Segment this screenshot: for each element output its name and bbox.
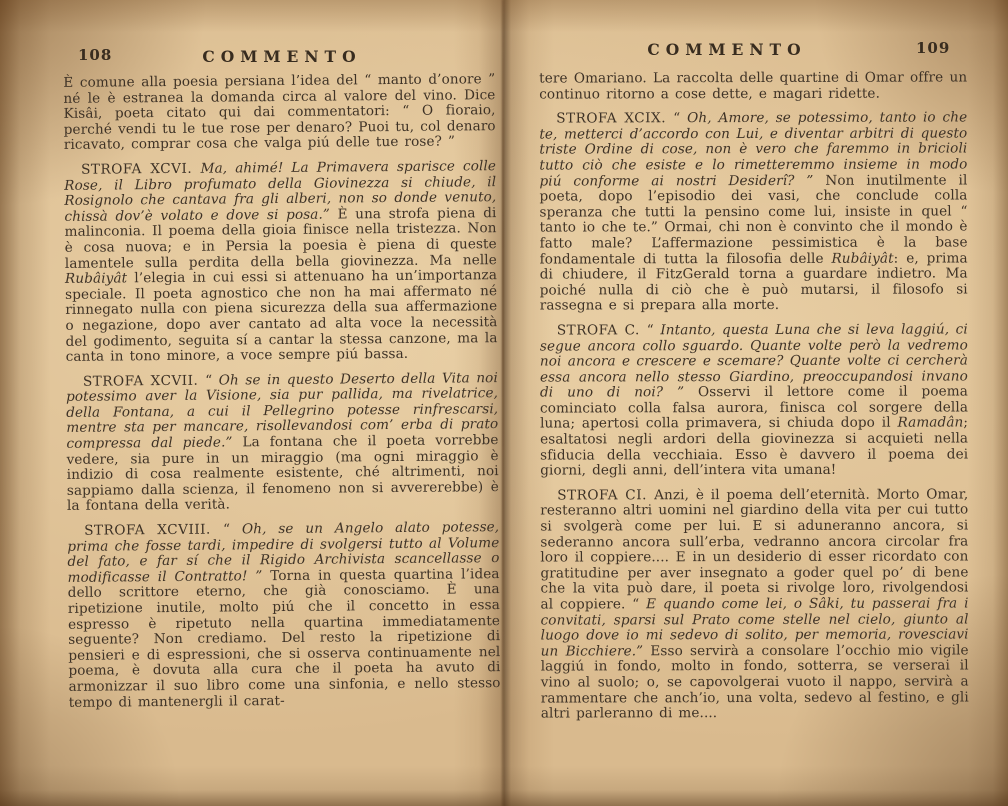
book-gutter-crease: [502, 0, 504, 806]
paragraph: STROFA CI. Anzi, è il poema dell’eternit…: [540, 487, 969, 722]
text-column-right: tere Omariano. La raccolta delle quartin…: [539, 70, 969, 722]
strofa-label: STROFA C.: [557, 322, 647, 338]
strofa-label: STROFA XCIX.: [556, 110, 673, 126]
text-run: Rubâiyât: [831, 250, 893, 266]
paragraph: È comune alla poesia persiana l’idea del…: [63, 72, 496, 154]
strofa-label: STROFA XCVIII.: [84, 522, 223, 539]
text-run: “: [647, 322, 661, 338]
paragraph: STROFA C. “ Intanto, questa Luna che si …: [540, 322, 968, 479]
text-run: Anzi, è il poema dell’eternità. Morto Om…: [540, 486, 968, 612]
book-scan: 108 COMMENTO È comune alla poesia persia…: [0, 0, 1008, 806]
text-run: “: [223, 521, 242, 537]
text-run: “: [205, 372, 219, 388]
paragraph: tere Omariano. La raccolta delle quartin…: [539, 70, 967, 102]
text-run: Rubâiyât: [65, 270, 127, 287]
text-run: È comune alla poesia persiana l’idea del…: [63, 71, 496, 153]
running-header-right: COMMENTO: [512, 40, 942, 59]
text-column-left: È comune alla poesia persiana l’idea del…: [63, 72, 501, 711]
page-number-right: 109: [916, 39, 950, 57]
paragraph: STROFA XCVIII. “ Oh, se un Angelo alato …: [67, 520, 501, 711]
strofa-label: STROFA XCVII.: [83, 372, 205, 389]
text-run: “: [673, 110, 687, 126]
paragraph: STROFA XCIX. “ Oh, Amore, se potessimo, …: [539, 111, 968, 315]
strofa-label: STROFA CI.: [557, 487, 654, 503]
paragraph: STROFA XCVI. Ma, ahimé! La Primavera spa…: [64, 159, 498, 365]
text-run: Torna in questa quartina l’idea dello sc…: [68, 566, 501, 711]
text-run: l’elegia in cui essi si attenuano ha un’…: [65, 267, 498, 365]
strofa-label: STROFA XCVI.: [81, 161, 201, 178]
text-run: tere Omariano. La raccolta delle quartin…: [539, 69, 967, 102]
paragraph: STROFA XCVII. “ Oh se in questo Deserto …: [66, 371, 499, 515]
text-run: Ramadân: [897, 415, 963, 431]
running-header-left: COMMENTO: [66, 47, 498, 66]
